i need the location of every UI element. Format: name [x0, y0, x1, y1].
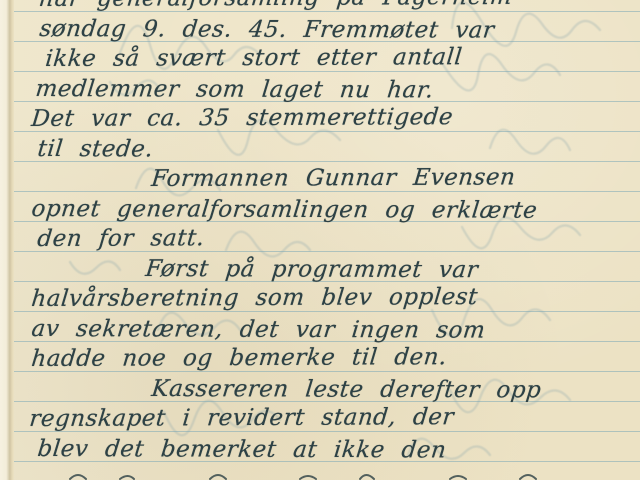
handwriting-line: medlemmer som laget nu har. [34, 74, 435, 105]
partial-bottom-line-decoration [0, 470, 640, 480]
handwriting-line: Formannen Gunnar Evensen [150, 162, 517, 194]
handwriting-line: ikke så svært stort etter antall [44, 42, 464, 74]
page-left-edge [0, 0, 14, 480]
handwriting-line: av sekretæren, det var ingen som [30, 314, 487, 346]
handwriting-line: hadde noe og bemerke til den. [30, 342, 448, 374]
handwriting-line: Kassereren leste derefter opp [150, 374, 543, 405]
handwriting-line: regnskapet i revidert stand, der [28, 402, 455, 434]
handwriting-line: søndag 9. des. 45. Fremmøtet var [38, 14, 496, 46]
handwriting-line: Først på programmet var [144, 254, 480, 285]
handwriting-line: til stede. [36, 134, 155, 164]
handwriting-line: opnet generalforsamlingen og erklærte [30, 194, 539, 226]
handwriting-line: halvårsberetning som blev opplest [30, 282, 479, 314]
handwriting-line: blev det bemerket at ikke den [36, 434, 448, 465]
handwriting-line: har generalforsamling på Fagerheim [38, 0, 514, 14]
notebook-page: har generalforsamling på Fagerheim sønda… [0, 0, 640, 480]
handwriting-line: den for satt. [36, 223, 206, 254]
handwriting-line: Det var ca. 35 stemmerettigede [30, 102, 455, 134]
